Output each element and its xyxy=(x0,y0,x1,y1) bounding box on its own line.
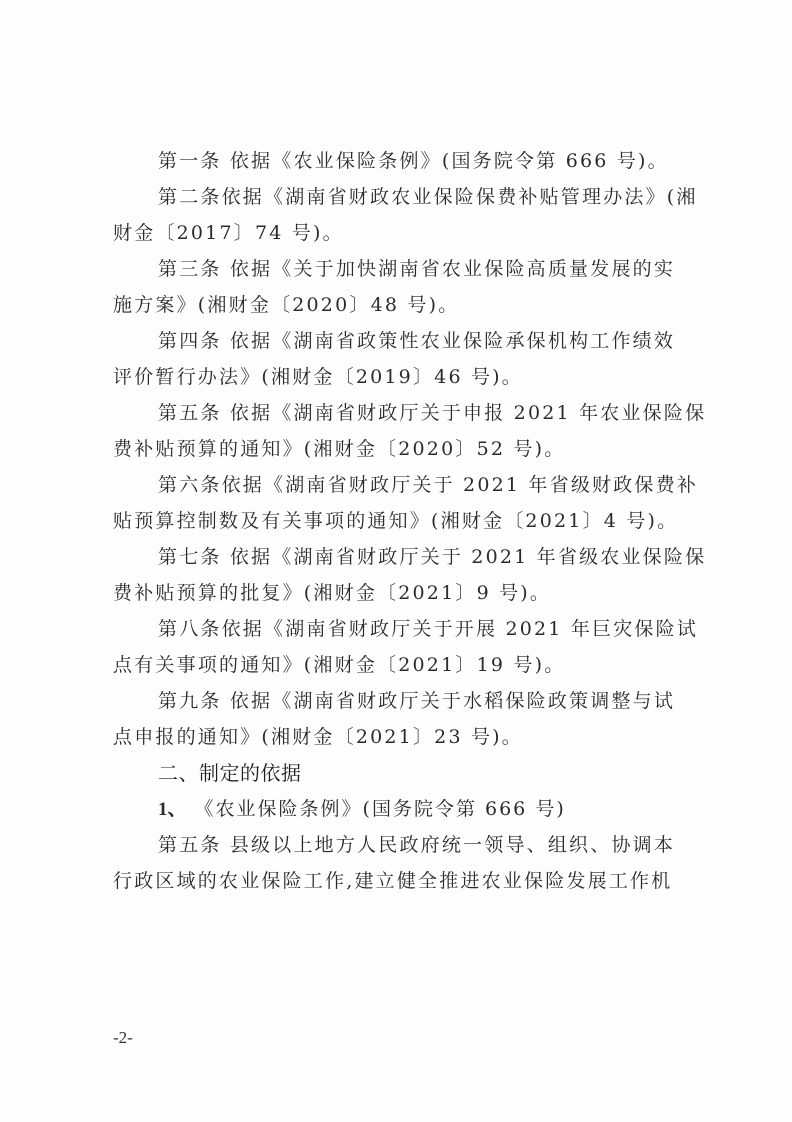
document-body: 第一条 依据《农业保险条例》(国务院令第 666 号)。 第二条依据《湖南省财政… xyxy=(113,143,685,899)
article-5: 第五条 依据《湖南省财政厅关于申报 2021 年农业保险保 费补贴预算的通知》(… xyxy=(113,395,685,467)
paragraph-line: 行政区域的农业保险工作,建立健全推进农业保险发展工作机 xyxy=(113,863,685,899)
article-line: 第九条 依据《湖南省财政厅关于水稻保险政策调整与试 xyxy=(113,683,685,719)
article-line: 第二条依据《湖南省财政农业保险保费补贴管理办法》(湘 xyxy=(113,179,685,215)
sub-heading: 1、 《农业保险条例》(国务院令第 666 号) xyxy=(113,791,685,827)
article-4: 第四条 依据《湖南省政策性农业保险承保机构工作绩效 评价暂行办法》(湘财金〔20… xyxy=(113,323,685,395)
page-number: -2- xyxy=(113,1028,133,1048)
body-paragraph: 第五条 县级以上地方人民政府统一领导、组织、协调本 行政区域的农业保险工作,建立… xyxy=(113,827,685,899)
section-heading: 二、制定的依据 xyxy=(113,755,685,791)
article-2: 第二条依据《湖南省财政农业保险保费补贴管理办法》(湘 财金〔2017〕74 号)… xyxy=(113,179,685,251)
article-6: 第六条依据《湖南省财政厅关于 2021 年省级财政保费补 贴预算控制数及有关事项… xyxy=(113,467,685,539)
article-line: 施方案》(湘财金〔2020〕48 号)。 xyxy=(113,287,685,323)
article-line: 第七条 依据《湖南省财政厅关于 2021 年省级农业保险保 xyxy=(113,539,685,575)
article-line: 费补贴预算的批复》(湘财金〔2021〕9 号)。 xyxy=(113,575,685,611)
article-1: 第一条 依据《农业保险条例》(国务院令第 666 号)。 xyxy=(113,143,685,179)
article-line: 点申报的通知》(湘财金〔2021〕23 号)。 xyxy=(113,719,685,755)
article-line: 点有关事项的通知》(湘财金〔2021〕19 号)。 xyxy=(113,647,685,683)
article-line: 第六条依据《湖南省财政厅关于 2021 年省级财政保费补 xyxy=(113,467,685,503)
article-line: 第三条 依据《关于加快湖南省农业保险高质量发展的实 xyxy=(113,251,685,287)
article-line: 财金〔2017〕74 号)。 xyxy=(113,215,685,251)
article-line: 第一条 依据《农业保险条例》(国务院令第 666 号)。 xyxy=(113,143,685,179)
paragraph-line: 第五条 县级以上地方人民政府统一领导、组织、协调本 xyxy=(113,827,685,863)
article-3: 第三条 依据《关于加快湖南省农业保险高质量发展的实 施方案》(湘财金〔2020〕… xyxy=(113,251,685,323)
article-line: 评价暂行办法》(湘财金〔2019〕46 号)。 xyxy=(113,359,685,395)
document-page: 第一条 依据《农业保险条例》(国务院令第 666 号)。 第二条依据《湖南省财政… xyxy=(0,0,792,1122)
article-line: 费补贴预算的通知》(湘财金〔2020〕52 号)。 xyxy=(113,431,685,467)
article-7: 第七条 依据《湖南省财政厅关于 2021 年省级农业保险保 费补贴预算的批复》(… xyxy=(113,539,685,611)
article-line: 第四条 依据《湖南省政策性农业保险承保机构工作绩效 xyxy=(113,323,685,359)
sub-heading-number: 1、 xyxy=(158,799,187,820)
article-8: 第八条依据《湖南省财政厅关于开展 2021 年巨灾保险试 点有关事项的通知》(湘… xyxy=(113,611,685,683)
article-line: 贴预算控制数及有关事项的通知》(湘财金〔2021〕4 号)。 xyxy=(113,503,685,539)
sub-heading-text: 《农业保险条例》(国务院令第 666 号) xyxy=(187,798,566,820)
article-9: 第九条 依据《湖南省财政厅关于水稻保险政策调整与试 点申报的通知》(湘财金〔20… xyxy=(113,683,685,755)
article-line: 第五条 依据《湖南省财政厅关于申报 2021 年农业保险保 xyxy=(113,395,685,431)
article-line: 第八条依据《湖南省财政厅关于开展 2021 年巨灾保险试 xyxy=(113,611,685,647)
